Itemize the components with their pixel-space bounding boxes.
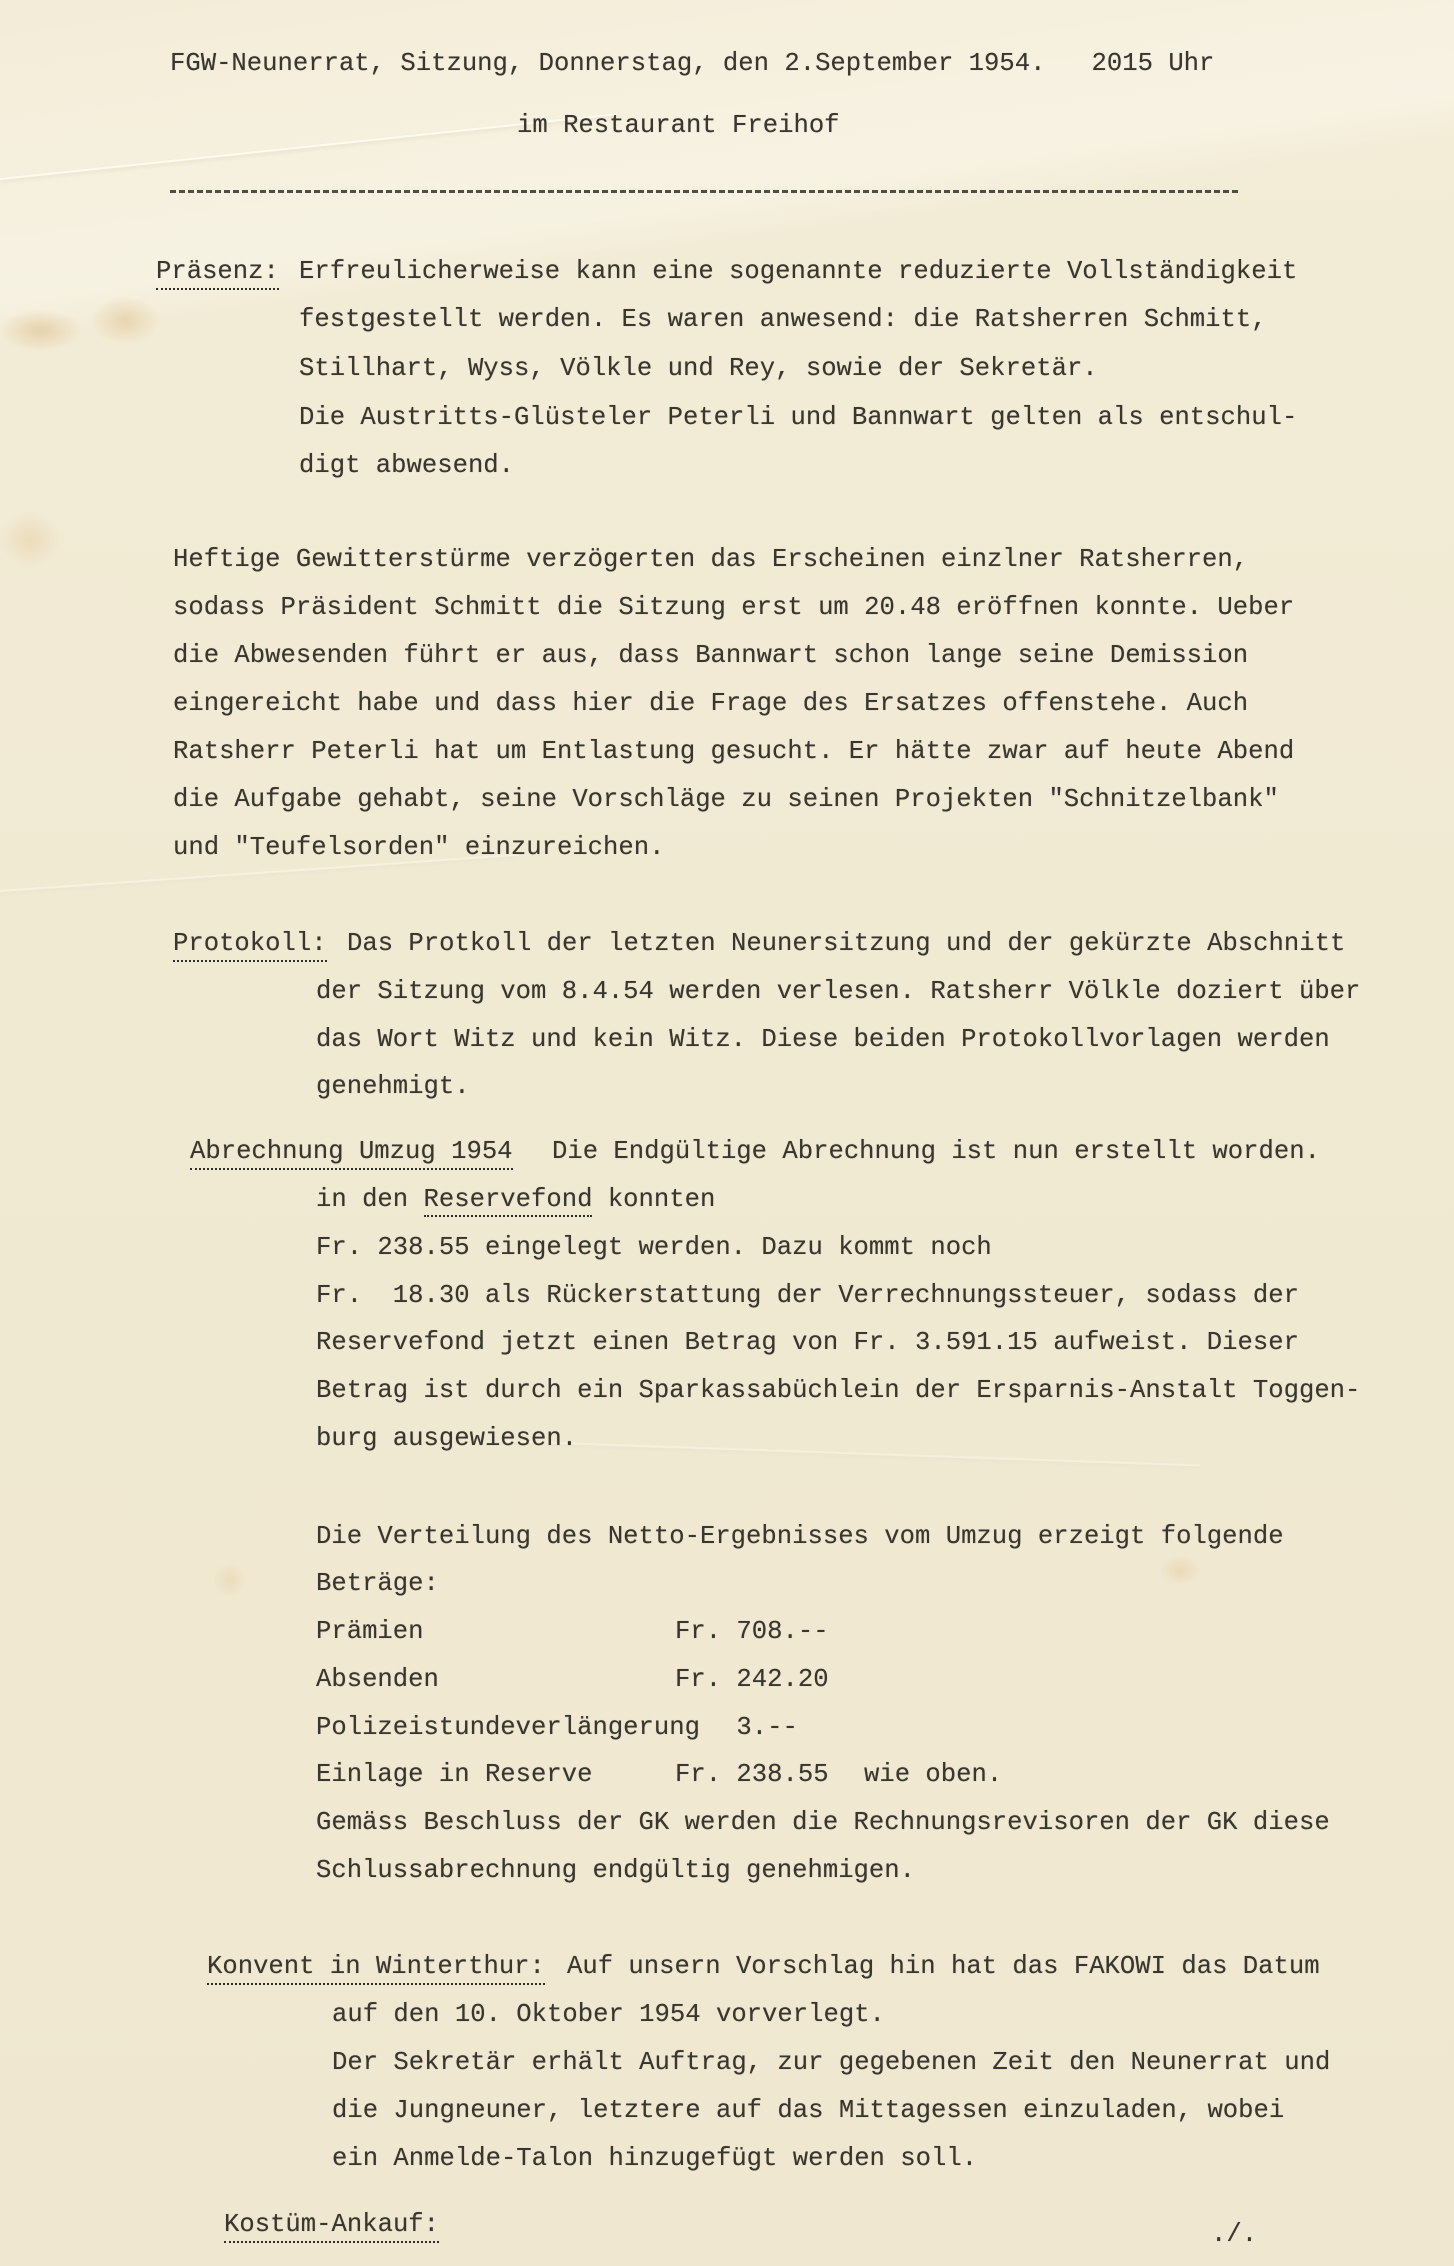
praesenz-line: Erfreulicherweise kann eine sogenannte r… bbox=[299, 257, 1297, 287]
abrechnung-line: burg ausgewiesen. bbox=[316, 1424, 577, 1454]
verteilung-intro: Die Verteilung des Netto-Ergebnisses vom… bbox=[316, 1522, 1284, 1552]
distribution-label: Polizeistundeverlängerung bbox=[316, 1713, 700, 1743]
protokoll-line: der Sitzung vom 8.4.54 werden verlesen. … bbox=[316, 977, 1360, 1007]
praesenz-line: festgestellt werden. Es waren anwesend: … bbox=[299, 305, 1267, 335]
protokoll-line: das Wort Witz und kein Witz. Diese beide… bbox=[316, 1025, 1330, 1055]
opening-line: die Abwesenden führt er aus, dass Bannwa… bbox=[173, 641, 1248, 671]
section-label-konvent: Konvent in Winterthur: bbox=[207, 1952, 545, 1985]
opening-line: Ratsherr Peterli hat um Entlastung gesuc… bbox=[173, 737, 1294, 767]
document-location: im Restaurant Freihof bbox=[517, 111, 840, 141]
konvent-line: Auf unsern Vorschlag hin hat das FAKOWI … bbox=[567, 1952, 1320, 1982]
praesenz-line: digt abwesend. bbox=[299, 451, 514, 481]
protokoll-line: Das Protkoll der letzten Neunersitzung u… bbox=[347, 929, 1345, 959]
distribution-label: Absenden bbox=[316, 1665, 439, 1695]
konvent-line: Der Sekretär erhält Auftrag, zur gegeben… bbox=[332, 2048, 1330, 2078]
konvent-line: die Jungneuner, letztere auf das Mittage… bbox=[332, 2096, 1284, 2126]
distribution-amount: Fr. 238.55 bbox=[675, 1760, 829, 1790]
continuation-mark: ./. bbox=[1211, 2220, 1257, 2250]
section-label-kostuem: Kostüm-Ankauf: bbox=[224, 2210, 439, 2243]
abrechnung-line: Die Endgültige Abrechnung ist nun erstel… bbox=[552, 1137, 1320, 1167]
opening-line: und "Teufelsorden" einzureichen. bbox=[173, 833, 664, 863]
abrechnung-text: in den bbox=[316, 1185, 424, 1214]
section-label-protokoll: Protokoll: bbox=[173, 929, 327, 962]
praesenz-line: Stillhart, Wyss, Völkle und Rey, sowie d… bbox=[299, 354, 1098, 384]
distribution-note: wie oben. bbox=[864, 1760, 1002, 1790]
abrechnung-text: konnten bbox=[592, 1185, 715, 1214]
distribution-label: Einlage in Reserve bbox=[316, 1760, 592, 1790]
verteilung-intro: Beträge: bbox=[316, 1569, 439, 1599]
abrechnung-line: Fr. 18.30 als Rückerstattung der Verrech… bbox=[316, 1281, 1299, 1311]
abrechnung-line: in den Reservefond konnten bbox=[316, 1185, 715, 1215]
protokoll-line: genehmigt. bbox=[316, 1072, 470, 1102]
verteilung-closing: Schlussabrechnung endgültig genehmigen. bbox=[316, 1856, 915, 1886]
abrechnung-line: Reservefond jetzt einen Betrag von Fr. 3… bbox=[316, 1328, 1299, 1358]
section-label-abrechnung: Abrechnung Umzug 1954 bbox=[190, 1137, 513, 1170]
abrechnung-line: Betrag ist durch ein Sparkassabüchlein d… bbox=[316, 1376, 1360, 1406]
praesenz-line: Die Austritts-Glüsteler Peterli und Bann… bbox=[299, 403, 1297, 433]
konvent-line: auf den 10. Oktober 1954 vorverlegt. bbox=[332, 2000, 885, 2030]
distribution-label: Prämien bbox=[316, 1617, 424, 1647]
paper-crease bbox=[500, 1440, 1200, 1466]
opening-line: sodass Präsident Schmitt die Sitzung ers… bbox=[173, 593, 1294, 623]
konvent-line: ein Anmelde-Talon hinzugefügt werden sol… bbox=[332, 2144, 977, 2174]
opening-line: die Aufgabe gehabt, seine Vorschläge zu … bbox=[173, 785, 1279, 815]
abrechnung-line: Fr. 238.55 eingelegt werden. Dazu kommt … bbox=[316, 1233, 992, 1263]
distribution-amount: Fr. 242.20 bbox=[675, 1665, 829, 1695]
paper-background bbox=[0, 0, 1454, 2266]
section-label-praesenz: Präsenz: bbox=[156, 257, 279, 290]
reservefond-underlined: Reservefond bbox=[424, 1185, 593, 1217]
distribution-amount: Fr. 708.-- bbox=[675, 1617, 829, 1647]
document-title: FGW-Neunerrat, Sitzung, Donnerstag, den … bbox=[170, 49, 1214, 79]
verteilung-closing: Gemäss Beschluss der GK werden die Rechn… bbox=[316, 1808, 1330, 1838]
header-divider bbox=[170, 190, 1238, 193]
distribution-amount: 3.-- bbox=[675, 1713, 798, 1743]
opening-line: eingereicht habe und dass hier die Frage… bbox=[173, 689, 1248, 719]
opening-line: Heftige Gewitterstürme verzögerten das E… bbox=[173, 545, 1248, 575]
